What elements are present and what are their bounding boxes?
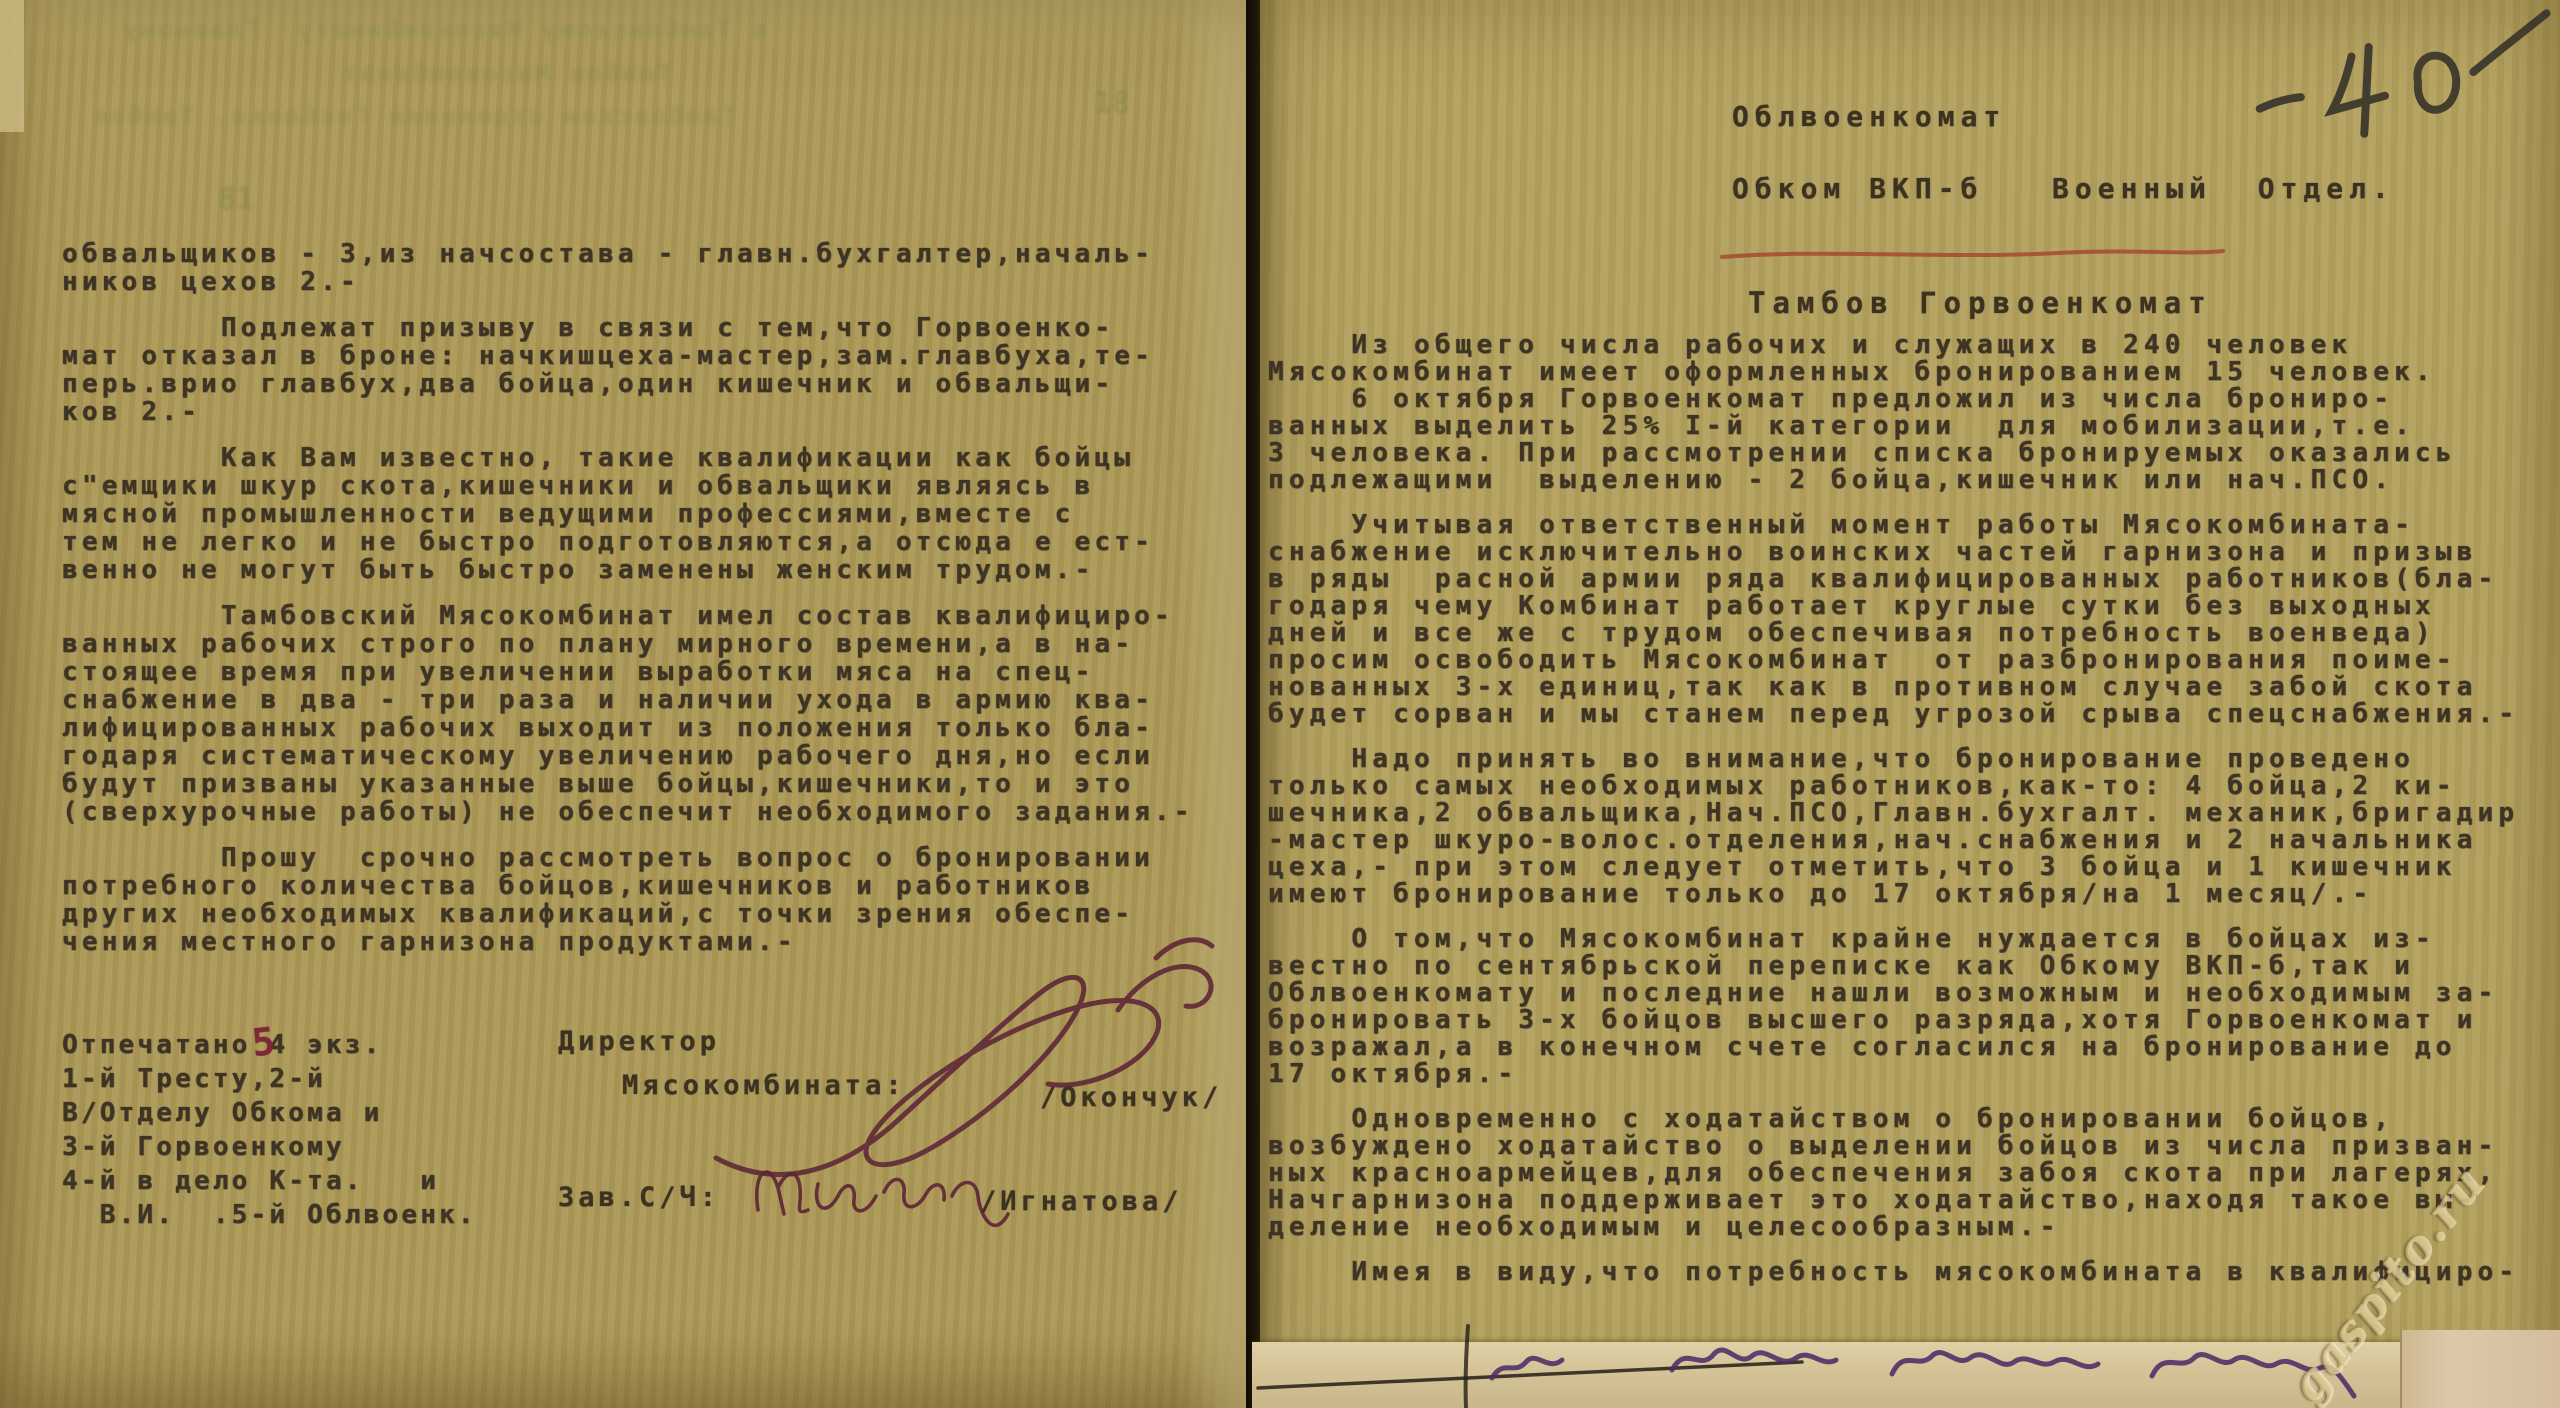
handwritten-page-number — [2245, 5, 2560, 162]
text-line: В.И. .5-й Облвоенк. — [62, 1198, 642, 1232]
left-page: в Тамбовскому Мясокомбинату Главному Там… — [0, 0, 1248, 1408]
text-line: Тамбовский Мясокомбинат имел состав квал… — [62, 602, 1242, 630]
text-line: -мастер шкуро-волос.отделения,нач.снабже… — [1268, 827, 2554, 854]
text-line: В/Отделу Обкома и — [62, 1096, 642, 1130]
text-line: нованных 3-х единиц,так как в противном … — [1268, 674, 2554, 701]
text-line: 6 октября Горвоенкомат предложил из числ… — [1268, 386, 2554, 413]
handwritten-correction: 5 — [250, 1019, 277, 1065]
paragraph: Подлежат призыву в связи с тем,что Горво… — [62, 314, 1242, 426]
text-line: Отпечатано 4 экз. — [62, 1028, 642, 1062]
text-line: ванных рабочих строго по плану мирного в… — [62, 630, 1242, 658]
right-page: Облвоенкомат Обком ВКП-б Военный Отдел. … — [1260, 0, 2560, 1408]
paragraph: Из общего числа рабочих и служащих в 240… — [1268, 332, 2554, 494]
text-line: Учитывая ответственный момент работы Мяс… — [1268, 512, 2554, 539]
text-line: обвальщиков - 3,из начсостава - главн.бу… — [62, 240, 1242, 268]
right-page-body: Из общего числа рабочих и служащих в 240… — [1268, 332, 2554, 1304]
text-line: Надо принять во внимание,что бронировани… — [1268, 746, 2554, 773]
text-line: снабжение исключительно воинских частей … — [1268, 539, 2554, 566]
text-line: годаря систематическому увеличению рабоч… — [62, 742, 1242, 770]
ghost-bleedthrough-line: в Тамбовскому Мясокомбинату Главному — [120, 16, 766, 44]
text-line: имеют бронирование только до 17 октября/… — [1268, 881, 2554, 908]
text-line: перь.врио главбух,два бойца,один кишечни… — [62, 370, 1242, 398]
paragraph: обвальщиков - 3,из начсостава - главн.бу… — [62, 240, 1242, 296]
text-line: снабжение в два - три раза и наличии ухо… — [62, 686, 1242, 714]
text-line: будет сорван и мы станем перед угрозой с… — [1268, 701, 2554, 728]
text-line: будут призваны указанные выше бойцы,кише… — [62, 770, 1242, 798]
text-line: тем не легко и не быстро подготовляются,… — [62, 528, 1242, 556]
text-line: О том,что Мясокомбинат крайне нуждается … — [1268, 926, 2554, 953]
text-line: мат отказал в броне: начкишцеха-мастер,з… — [62, 342, 1242, 370]
text-line: возбуждено ходатайство о выделении бойцо… — [1268, 1133, 2554, 1160]
paragraph: Как Вам известно, такие квалификации как… — [62, 444, 1242, 584]
text-line: 17 октября.- — [1268, 1061, 2554, 1088]
text-line: подлежащими выделению - 2 бойца,кишечник… — [1268, 467, 2554, 494]
secretary-signature-ink — [742, 1130, 1042, 1250]
text-line: шечника,2 обвальщика,Нач.ПСО,Главн.бухга… — [1268, 800, 2554, 827]
text-line: стоящее время при увеличении выработки м… — [62, 658, 1242, 686]
text-line: Подлежат призыву в связи с тем,что Горво… — [62, 314, 1242, 342]
text-line: лифицированных рабочих выходит из положе… — [62, 714, 1242, 742]
text-line: венно не могут быть быстро заменены женс… — [62, 556, 1242, 584]
text-line: просим освободить Мясокомбинат от разбро… — [1268, 647, 2554, 674]
text-line: годаря чему Комбинат работает круглые су… — [1268, 593, 2554, 620]
ghost-bleedthrough-line: Тамбов Мясокомбинат — [340, 60, 672, 88]
text-line: с"емщики шкур скота,кишечники и обвальщи… — [62, 472, 1242, 500]
underlying-page-corner — [0, 0, 24, 132]
text-line: цеха,- при этом следует отметить,что 3 б… — [1268, 854, 2554, 881]
paragraph: Надо принять во внимание,что бронировани… — [1268, 746, 2554, 908]
ghost-mark: 81 — [218, 182, 254, 217]
distribution-note: Отпечатано 4 экз.1-й Тресту,2-йВ/Отделу … — [62, 1028, 642, 1232]
text-line: вестно по сентябрьской переписке как Обк… — [1268, 953, 2554, 980]
text-line: Мясокомбинат имеет оформленных бронирова… — [1268, 359, 2554, 386]
text-line: дней и все же с трудом обеспечивая потре… — [1268, 620, 2554, 647]
ghost-mark: 18 — [1094, 86, 1130, 121]
text-line: только самых необходимых работников,как-… — [1268, 773, 2554, 800]
text-line: деление необходимым и целесообразным.- — [1268, 1214, 2554, 1241]
archival-document-scan: в Тамбовскому Мясокомбинату Главному Там… — [0, 0, 2560, 1408]
text-line: Облвоенкомату и последние нашли возможны… — [1268, 980, 2554, 1007]
paragraph: Учитывая ответственный момент работы Мяс… — [1268, 512, 2554, 728]
text-line: возражал,а в конечном счете согласился н… — [1268, 1034, 2554, 1061]
text-line: Как Вам известно, такие квалификации как… — [62, 444, 1242, 472]
text-line: ванных выделить 25% I-й категории для мо… — [1268, 413, 2554, 440]
text-line: 3-й Горвоенкому — [62, 1130, 642, 1164]
text-line: 4-й в дело К-та. и — [62, 1164, 642, 1198]
text-line: Из общего числа рабочих и служащих в 240… — [1268, 332, 2554, 359]
text-line: Одновременно с ходатайством о бронирован… — [1268, 1106, 2554, 1133]
addressee-line1: Облвоенкомат — [1732, 100, 2006, 133]
text-line: 1-й Тресту,2-й — [62, 1062, 642, 1096]
text-line: ков 2.- — [62, 398, 1242, 426]
left-page-body: обвальщиков - 3,из начсостава - главн.бу… — [62, 240, 1242, 974]
text-line: Начгарнизона поддерживает это ходатайств… — [1268, 1187, 2554, 1214]
text-line: потребного количества бойцов,кишечников … — [62, 872, 1242, 900]
paragraph: Одновременно с ходатайством о бронирован… — [1268, 1106, 2554, 1241]
text-line: Прошу срочно рассмотреть вопрос о бронир… — [62, 844, 1242, 872]
text-line: (сверхурочные работы) не обеспечит необх… — [62, 798, 1242, 826]
document-title: Тамбов Горвоенкомат — [1748, 286, 2213, 320]
text-line: бронировать 3-х бойцов высшего разряда,х… — [1268, 1007, 2554, 1034]
paragraph: О том,что Мясокомбинат крайне нуждается … — [1268, 926, 2554, 1088]
ghost-bleedthrough-line: Тамбовском отделении Госбанка. Тамбов — [90, 102, 736, 130]
text-line: мясной промышленности ведущими профессия… — [62, 500, 1242, 528]
text-line: в ряды расной армии ряда квалифицированн… — [1268, 566, 2554, 593]
text-line: ных красноармейцев,для обеспечения забоя… — [1268, 1160, 2554, 1187]
paragraph: Тамбовский Мясокомбинат имел состав квал… — [62, 602, 1242, 826]
text-line: 3 человека. При рассмотрении списка брон… — [1268, 440, 2554, 467]
text-line: ников цехов 2.- — [62, 268, 1242, 296]
addressee-line2: Обком ВКП-б Военный Отдел. — [1732, 172, 2395, 205]
red-underline — [1718, 246, 2228, 264]
